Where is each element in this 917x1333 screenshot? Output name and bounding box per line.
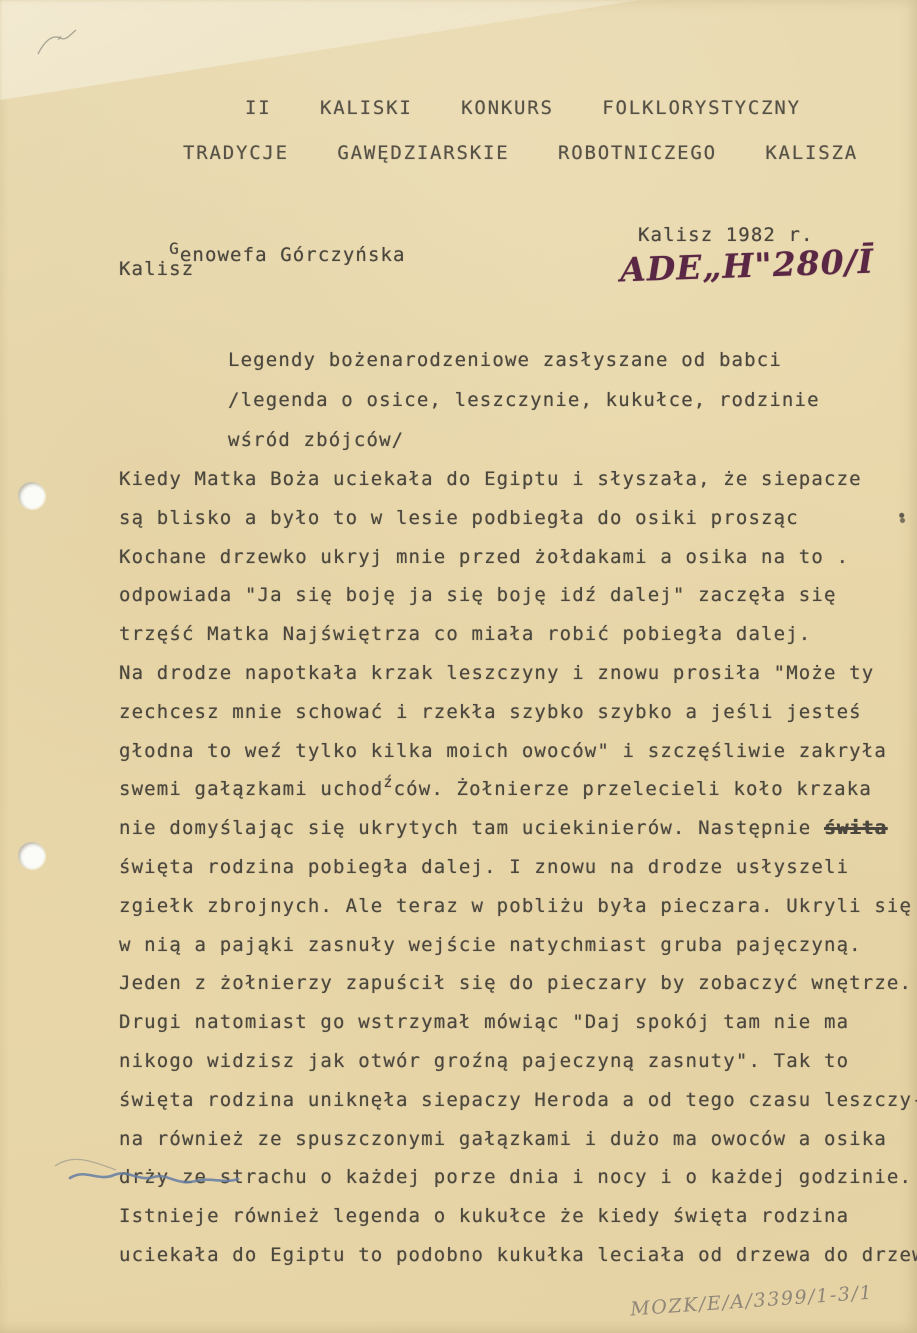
typed-line: zgiełk zbrojnych. Ale teraz w pobliżu by… (119, 887, 909, 926)
typed-line: uciekała do Egiptu to podobno kukułka le… (119, 1236, 909, 1275)
document-page: II KALISKI KONKURS FOLKLORYSTYCZNY TRADY… (0, 0, 917, 1333)
archive-number: MOZK/E/A/3399/1-3/1 (630, 1282, 874, 1321)
document-title-line1: II KALISKI KONKURS FOLKLORYSTYCZNY (245, 97, 801, 119)
author-initial: G (169, 239, 180, 258)
line-pre: nie domyślając się ukrytych tam uciekini… (119, 817, 824, 839)
struck-out-word: świta (824, 817, 887, 839)
author-name-rest: enowefa Górczyńska (180, 244, 406, 266)
pen-wavy-underline (0, 1144, 260, 1194)
typed-line: nikogo widzisz jak otwór groźną pajeczyn… (119, 1042, 909, 1081)
ink-annotation: ADE„H"280/Ī (619, 242, 874, 290)
typed-line: zechcesz mnie schować i rzekła szybko sz… (119, 693, 909, 732)
typed-line: trzęść Matka Najświętrza co miała robić … (119, 615, 909, 654)
superscript-correction: ź (383, 773, 393, 791)
typed-line: Na drodze napotkała krzak leszczyny i zn… (119, 654, 909, 693)
legend-heading: Legendy bożenarodzeniowe zasłyszane od b… (228, 340, 820, 460)
legend-heading-line1: Legendy bożenarodzeniowe zasłyszane od b… (228, 340, 820, 380)
typed-line: Drugi natomiast go wstrzymał mówiąc "Daj… (119, 1003, 909, 1042)
dateline: Kalisz 1982 r. (638, 224, 814, 246)
typed-line: święta rodzina uniknęła siepaczy Heroda … (119, 1081, 909, 1120)
punch-hole (18, 482, 45, 509)
typed-line-with-strikeout: nie domyślając się ukrytych tam uciekini… (119, 809, 909, 848)
legend-heading-line3: wśród zbójców/ (228, 420, 820, 460)
typed-line: święta rodzina pobiegła dalej. I znowu n… (119, 848, 909, 887)
pen-squiggle-mark (30, 20, 90, 65)
typed-line: Istnieje również legenda o kukułce że ki… (119, 1197, 909, 1236)
typed-line: głodna to weź tylko kilka moich owoców" … (119, 732, 909, 771)
typed-line: Jeden z żołnierzy zapuścił się do piecza… (119, 964, 909, 1003)
typed-line: Kiedy Matka Boża uciekała do Egiptu i sł… (119, 460, 909, 499)
paper-corner-fold (0, 0, 660, 110)
typed-line-with-superscript: swemi gałązkami uchodźców. Żołnierze prz… (119, 770, 909, 809)
typed-line: w nią a pająki zasnuły wejście natychmia… (119, 926, 909, 965)
document-title-line2: TRADYCJE GAWĘDZIARSKIE ROBOTNICZEGO KALI… (183, 142, 858, 164)
punch-hole (18, 842, 45, 869)
line-pre: swemi gałązkami uchod (119, 778, 383, 800)
typed-line: odpowiada "Ja się boję ja się boję idź d… (119, 576, 909, 615)
legend-heading-line2: /legenda o osice, leszczynie, kukułce, r… (228, 380, 820, 420)
author-city: Kalisz (119, 258, 194, 280)
typed-line: Kochane drzewko ukryj mnie przed żołdaka… (119, 538, 909, 577)
line-post: ców. Żołnierze przelecieli koło krzaka (394, 778, 872, 800)
typed-line: są blisko a było to w lesie podbiegła do… (119, 499, 909, 538)
